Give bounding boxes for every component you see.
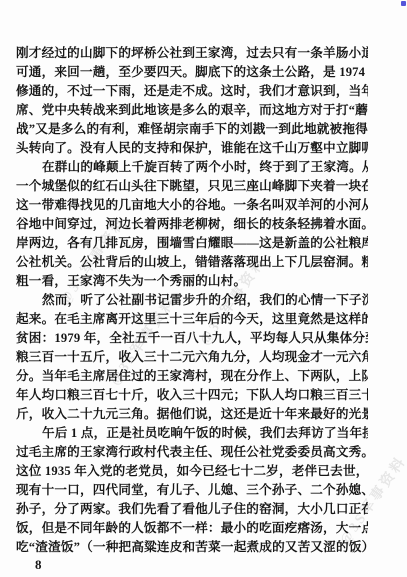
text-line: 然而，听了公社副书记雷步升的介绍，我们的心情一下子沉重 <box>16 291 368 310</box>
text-line: 公社机关。公社背后的山坡上，错错落落现出上下几层窑洞。粗 <box>16 253 368 272</box>
text-line: 孙子，分了两家。我们先看了看他儿子住的窑洞，大小几口正在吃 <box>16 500 368 519</box>
text-line: 一个城堡似的红石山头往下眺望，只见三座山峰脚下夹着一块在 <box>16 177 368 196</box>
text-line: 修通的，不过一下雨，还是走不成。这时，我们才意识到，当年毛主 <box>16 82 368 101</box>
text-line: 岸两边，各有几排瓦房，围墙雪白耀眼——这是新盖的公社粮库和 <box>16 234 368 253</box>
page-number: 8 <box>35 557 42 573</box>
text-line: 粮三百一十五斤，收入三十二元六角九分，人均现金才一元六角一 <box>16 348 368 367</box>
text-line: 斤，收入二十九元三角。据他们说，这还是近十年来最好的光景。 <box>16 405 368 424</box>
text-line: 战”又是多么的有利，难怪胡宗南手下的刘戡一到此地就被拖得晕 <box>16 120 368 139</box>
book-page: @3S军事资料 @3S军事资料 @3S军事资料 @3S军事资料 刚才经过的山脚下… <box>0 0 407 577</box>
text-line: 饭，但是不同年龄的人饭都不一样：最小的吃面疙瘩汤，大一点的 <box>16 519 368 538</box>
text-line: 起来。在毛主席离开这里三十三年后的今天，这里竟然是这样的 <box>16 310 368 329</box>
text-line: 席、党中央转战来到此地该是多么的艰辛，而这地方对于打“蘑菇 <box>16 101 368 120</box>
text-line: 贫困：1979 年，全社五千一百八十九人，平均每人只从集体分到口 <box>16 329 368 348</box>
text-line: 在群山的峰颠上千旋百转了两个小时，终于到了王家湾。从 <box>16 158 368 177</box>
text-block: 刚才经过的山脚下的坪桥公社到王家湾，过去只有一条羊肠小道可通，来回一趟，至少要四… <box>16 44 368 557</box>
text-line: 刚才经过的山脚下的坪桥公社到王家湾，过去只有一条羊肠小道 <box>16 44 368 63</box>
text-line: 过毛主席的王家湾行政村代表主任、现任公社党委委员高文秀。 <box>16 443 368 462</box>
text-line: 粗一看，王家湾不失为一个秀丽的山村。 <box>16 272 368 291</box>
text-line: 头转向了。没有人民的支持和保护，谁能在这千山万壑中立脚呢！ <box>16 139 368 158</box>
text-line: 吃“渣渣饭”（一种把高粱连皮和苦菜一起煮成的又苦又涩的饭）， <box>16 538 368 557</box>
text-line: 分。当年毛主席居住过的王家湾村，现在分作上、下两队，上队去 <box>16 367 368 386</box>
text-line: 这位 1935 年入党的老党员，如今已经七十二岁，老伴已去世，全家 <box>16 462 368 481</box>
text-line: 午后 1 点，正是社员吃晌午饭的时候，我们去拜访了当年接待 <box>16 424 368 443</box>
text-line: 可通，来回一趟，至少要四天。脚底下的这条土公路，是 1974 年才 <box>16 63 368 82</box>
text-line: 谷地中间穿过，河边长着两排老柳树，细长的枝条轻拂着水面。河 <box>16 215 368 234</box>
text-line: 年人均口粮三百七十斤，收入三十四元；下队人均口粮三百三十八 <box>16 386 368 405</box>
text-line: 这一带难得找见的几亩地大小的谷地。一条名叫双羊河的小河从 <box>16 196 368 215</box>
scan-artifact <box>401 1 406 6</box>
text-line: 现有十一口，四代同堂，有儿子、儿媳、三个孙子、二个孙媳、三个重 <box>16 481 368 500</box>
